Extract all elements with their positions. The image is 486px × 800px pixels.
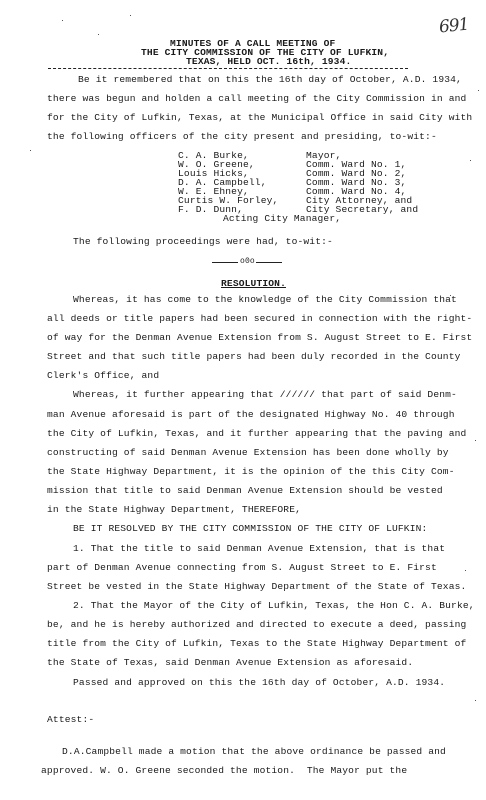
body-line: BE IT RESOLVED BY THE CITY COMMISSION OF…: [73, 523, 427, 534]
body-line: in the State Highway Department, THEREFO…: [47, 504, 301, 515]
body-line: 1. That the title to said Denman Avenue …: [73, 543, 445, 554]
proceedings-intro: The following proceedings were had, to-w…: [73, 236, 333, 247]
officer-title-continued: Acting City Manager,: [223, 213, 341, 224]
body-line: mission that title to said Denman Avenue…: [47, 485, 443, 496]
body-line: Whereas, it has come to the knowledge of…: [73, 294, 457, 305]
body-line: Street and that such title papers had be…: [47, 351, 461, 362]
body-line: the City of Lufkin, Texas, and it furthe…: [47, 428, 466, 439]
separator-line-left: [212, 262, 238, 263]
body-line: of way for the Denman Avenue Extension f…: [47, 332, 472, 343]
closing-line-2: approved. W. O. Greene seconded the moti…: [41, 765, 407, 776]
scan-speck: [62, 20, 63, 21]
attest-label: Attest:-: [47, 714, 94, 725]
body-line: Whereas, it further appearing that /////…: [73, 389, 457, 400]
body-line: Passed and approved on this the 16th day…: [73, 677, 445, 688]
scan-speck: [130, 15, 131, 16]
body-line: all deeds or title papers had been secur…: [47, 313, 472, 324]
heading-dashed-rule: [48, 68, 408, 69]
heading-line-3: TEXAS, HELD OCT. 16th, 1934.: [186, 56, 351, 67]
body-line: part of Denman Avenue connecting from S.…: [47, 562, 437, 573]
body-line: be, and he is hereby authorized and dire…: [47, 619, 466, 630]
body-line: the State Highway Department, it is the …: [47, 466, 455, 477]
scan-speck: [475, 440, 476, 441]
body-line: Clerk's Office, and: [47, 370, 159, 381]
body-line: man Avenue aforesaid is part of the desi…: [47, 409, 455, 420]
separator-mark: o0o: [240, 256, 255, 267]
intro-line-4: the following officers of the city prese…: [47, 131, 437, 142]
intro-line-1: Be it remembered that on this the 16th d…: [78, 74, 462, 85]
closing-line-1: D.A.Campbell made a motion that the abov…: [62, 746, 446, 757]
scan-speck: [470, 160, 471, 161]
scan-speck: [475, 700, 476, 701]
body-line: 2. That the Mayor of the City of Lufkin,…: [73, 600, 475, 611]
separator-line-right: [256, 262, 282, 263]
scan-speck: [478, 90, 479, 91]
scan-speck: [98, 34, 99, 35]
scan-speck: [465, 570, 466, 571]
body-line: the State of Texas, said Denman Avenue E…: [47, 657, 413, 668]
intro-line-2: there was begun and holden a call meetin…: [47, 93, 466, 104]
scan-speck: [450, 295, 451, 296]
body-line: constructing of said Denman Avenue Exten…: [47, 447, 449, 458]
page-number: 691: [438, 15, 469, 38]
scan-speck: [30, 150, 31, 151]
intro-line-3: for the City of Lufkin, Texas, at the Mu…: [47, 112, 472, 123]
section-title: RESOLUTION.: [221, 278, 286, 289]
body-line: title from the City of Lufkin, Texas to …: [47, 638, 466, 649]
body-line: Street be vested in the State Highway De…: [47, 581, 466, 592]
document-page: 691 MINUTES OF A CALL MEETING OF THE CIT…: [0, 0, 486, 800]
